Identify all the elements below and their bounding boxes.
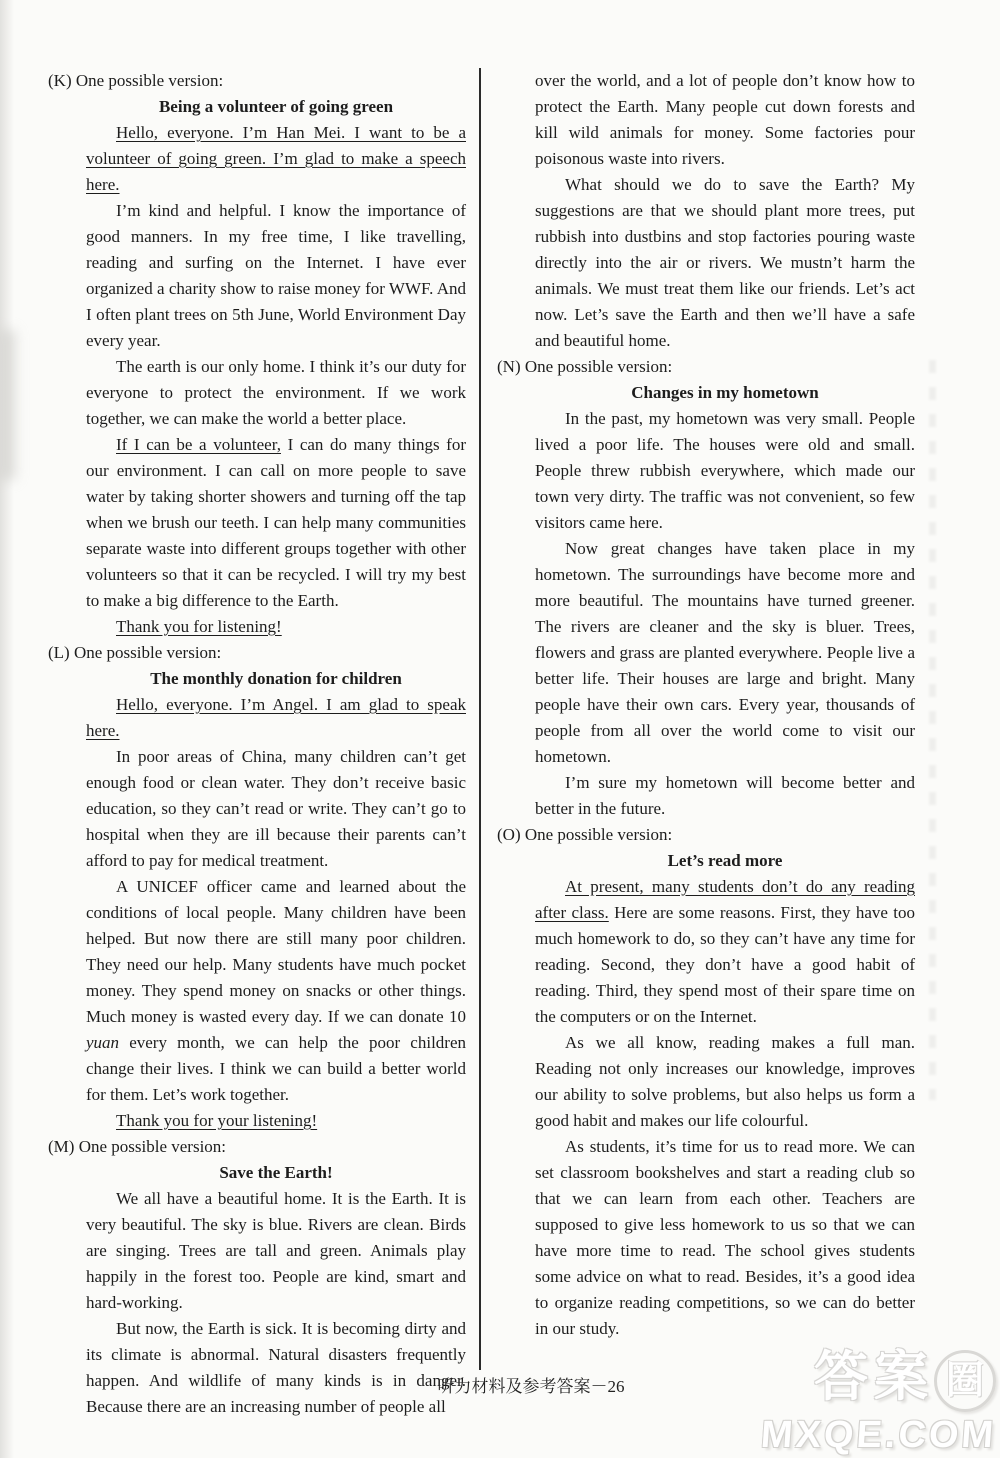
watermark-domain: MXQE.COM — [759, 1414, 997, 1456]
column-divider — [479, 68, 481, 1370]
essay-title: Changes in my hometown — [535, 380, 915, 406]
body-text: As we all know, reading makes a full man… — [535, 1033, 915, 1130]
essay-title: Let’s read more — [535, 848, 915, 874]
section-intro: One possible version: — [74, 643, 221, 662]
underlined-text: Thank you for listening! — [116, 617, 282, 636]
section-label: (L) — [48, 643, 74, 662]
section-label: (M) — [48, 1137, 79, 1156]
section-label: (N) — [497, 357, 525, 376]
body-text: A UNICEF officer came and learned about … — [86, 877, 466, 1026]
body-text: I’m kind and helpful. I know the importa… — [86, 201, 466, 350]
section-intro: One possible version: — [76, 71, 223, 90]
essay-paragraph: In poor areas of China, many children ca… — [86, 744, 466, 874]
essay-paragraph: Thank you for your listening! — [86, 1108, 466, 1134]
watermark-circle-icon: 圈 — [934, 1350, 996, 1412]
body-text: What should we do to save the Earth? My … — [535, 175, 915, 350]
body-text: But now, the Earth is sick. It is becomi… — [86, 1319, 466, 1416]
italic-text: yuan — [86, 1033, 119, 1052]
underlined-text: Hello, everyone. I’m Angel. I am glad to… — [86, 695, 466, 740]
essay-paragraph: Hello, everyone. I’m Angel. I am glad to… — [86, 692, 466, 744]
body-text: Now great changes have taken place in my… — [535, 539, 915, 766]
underlined-text: Hello, everyone. I’m Han Mei. I want to … — [86, 123, 466, 194]
section-intro: One possible version: — [525, 825, 672, 844]
underlined-text: Thank you for your listening! — [116, 1111, 317, 1130]
section-label: (K) — [48, 71, 76, 90]
essay-paragraph: The earth is our only home. I think it’s… — [86, 354, 466, 432]
essay-paragraph: What should we do to save the Earth? My … — [535, 172, 915, 354]
body-text: I’m sure my hometown will become better … — [535, 773, 915, 818]
section-label: (O) — [497, 825, 525, 844]
body-text: In poor areas of China, many children ca… — [86, 747, 466, 870]
body-text: I can do many things for our environment… — [86, 435, 466, 610]
watermark-brand-text: 答案 — [814, 1347, 934, 1407]
scan-bleedthrough-artifact — [929, 360, 936, 1100]
underlined-text: If I can be a volunteer, — [116, 435, 281, 454]
right-column: over the world, and a lot of people don’… — [497, 68, 915, 1342]
body-text: As students, it’s time for us to read mo… — [535, 1137, 915, 1338]
essay-title: Being a volunteer of going green — [86, 94, 466, 120]
section-intro: One possible version: — [525, 357, 672, 376]
body-text: In the past, my hometown was very small.… — [535, 409, 915, 532]
essay-paragraph: We all have a beautiful home. It is the … — [86, 1186, 466, 1316]
section-intro: One possible version: — [79, 1137, 226, 1156]
body-text: over the world, and a lot of people don’… — [535, 71, 915, 168]
essay-paragraph: I’m sure my hometown will become better … — [535, 770, 915, 822]
essay-paragraph: In the past, my hometown was very small.… — [535, 406, 915, 536]
essay-paragraph: A UNICEF officer came and learned about … — [86, 874, 466, 1108]
scan-smudge-artifact — [0, 330, 16, 480]
body-text: every month, we can help the poor childr… — [86, 1033, 466, 1104]
section-heading: (L) One possible version: — [86, 640, 466, 666]
essay-paragraph: Now great changes have taken place in my… — [535, 536, 915, 770]
essay-title: Save the Earth! — [86, 1160, 466, 1186]
watermark-brand: 答案圈 — [761, 1348, 996, 1412]
watermark: 答案圈 MXQE.COM — [761, 1348, 996, 1456]
essay-paragraph: Hello, everyone. I’m Han Mei. I want to … — [86, 120, 466, 198]
essay-paragraph: I’m kind and helpful. I know the importa… — [86, 198, 466, 354]
body-text: We all have a beautiful home. It is the … — [86, 1189, 466, 1312]
essay-title: The monthly donation for children — [86, 666, 466, 692]
section-heading: (N) One possible version: — [535, 354, 915, 380]
section-heading: (K) One possible version: — [86, 68, 466, 94]
essay-paragraph: If I can be a volunteer, I can do many t… — [86, 432, 466, 614]
body-text: The earth is our only home. I think it’s… — [86, 357, 466, 428]
essay-paragraph: As students, it’s time for us to read mo… — [535, 1134, 915, 1342]
left-column: (K) One possible version:Being a volunte… — [48, 68, 466, 1420]
essay-paragraph: As we all know, reading makes a full man… — [535, 1030, 915, 1134]
scan-edge-artifact — [0, 0, 14, 1458]
essay-paragraph: At present, many students don’t do any r… — [535, 874, 915, 1030]
essay-paragraph: But now, the Earth is sick. It is becomi… — [86, 1316, 466, 1420]
section-heading: (O) One possible version: — [535, 822, 915, 848]
section-heading: (M) One possible version: — [86, 1134, 466, 1160]
essay-paragraph: over the world, and a lot of people don’… — [535, 68, 915, 172]
essay-paragraph: Thank you for listening! — [86, 614, 466, 640]
